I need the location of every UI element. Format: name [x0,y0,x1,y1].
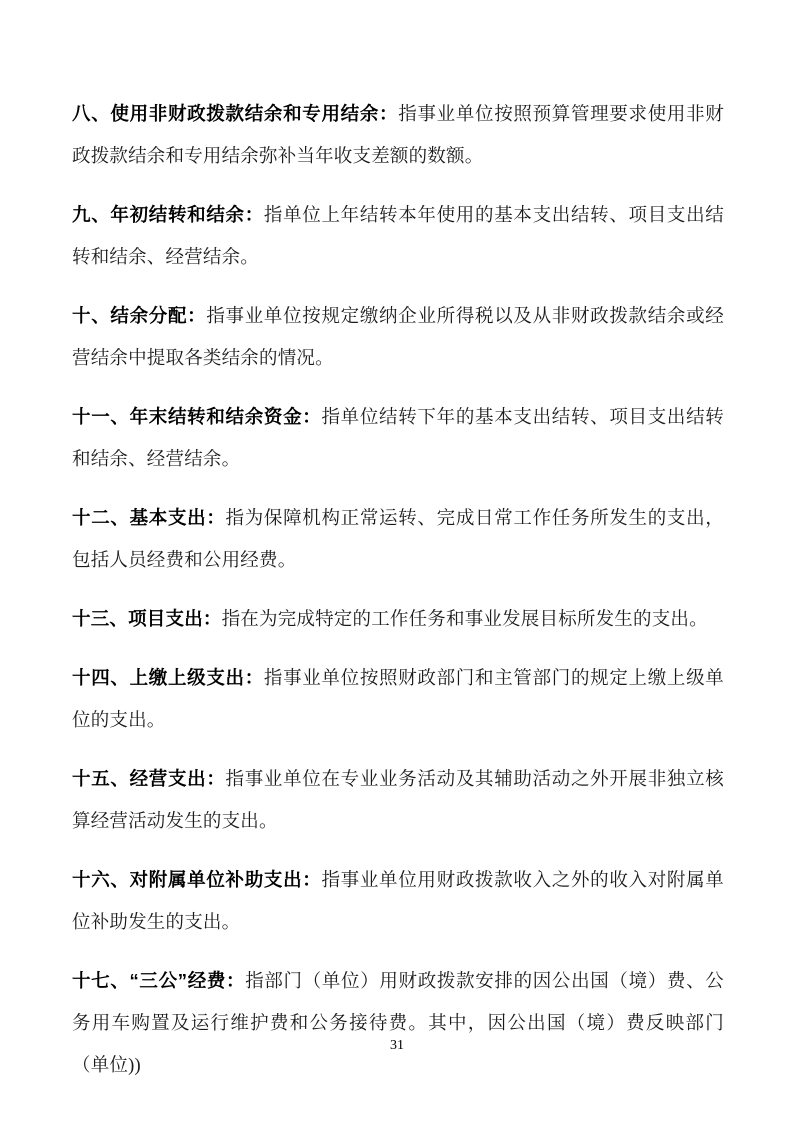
term-definition: 指在为完成特定的工作任务和事业发展目标所发生的支出。 [222,610,708,630]
definition-paragraph: 十二、基本支出：指为保障机构正常运转、完成日常工作任务所发生的支出，包括人员经费… [72,497,724,582]
term-label: 十三、项目支出： [72,608,222,629]
term-label: 十二、基本支出： [72,507,226,528]
page-number: 31 [0,1038,794,1054]
term-label: 十五、经营支出： [72,768,226,789]
definition-paragraph: 十四、上缴上级支出：指事业单位按照财政部门和主管部门的规定上缴上级单位的支出。 [72,657,724,742]
definition-paragraph: 十七、“三公”经费：指部门（单位）用财政拨款安排的因公出国（境）费、公务用车购置… [72,960,724,1087]
term-label: 十、结余分配： [72,305,206,326]
document-page: 八、使用非财政拨款结余和专用结余：指事业单位按照预算管理要求使用非财政拨款结余和… [0,0,794,1123]
definition-paragraph: 十五、经营支出：指事业单位在专业业务活动及其辅助活动之外开展非独立核算经营活动发… [72,758,724,843]
definition-paragraph: 十三、项目支出：指在为完成特定的工作任务和事业发展目标所发生的支出。 [72,598,724,641]
term-label: 九、年初结转和结余： [72,204,264,225]
definition-paragraph: 九、年初结转和结余：指单位上年结转本年使用的基本支出结转、项目支出结转和结余、经… [72,194,724,279]
definition-paragraph: 十六、对附属单位补助支出：指事业单位用财政拨款收入之外的收入对附属单位补助发生的… [72,859,724,944]
document-body: 八、使用非财政拨款结余和专用结余：指事业单位按照预算管理要求使用非财政拨款结余和… [72,93,724,1087]
term-label: 十一、年末结转和结余资金： [72,406,321,427]
definition-paragraph: 十、结余分配：指事业单位按规定缴纳企业所得税以及从非财政拨款结余或经营结余中提取… [72,295,724,380]
term-label: 十四、上缴上级支出： [72,667,264,688]
term-label: 十七、“三公”经费： [72,970,245,991]
term-label: 八、使用非财政拨款结余和专用结余： [72,103,398,124]
definition-paragraph: 十一、年末结转和结余资金：指单位结转下年的基本支出结转、项目支出结转和结余、经营… [72,396,724,481]
term-label: 十六、对附属单位补助支出： [72,869,321,890]
definition-paragraph: 八、使用非财政拨款结余和专用结余：指事业单位按照预算管理要求使用非财政拨款结余和… [72,93,724,178]
